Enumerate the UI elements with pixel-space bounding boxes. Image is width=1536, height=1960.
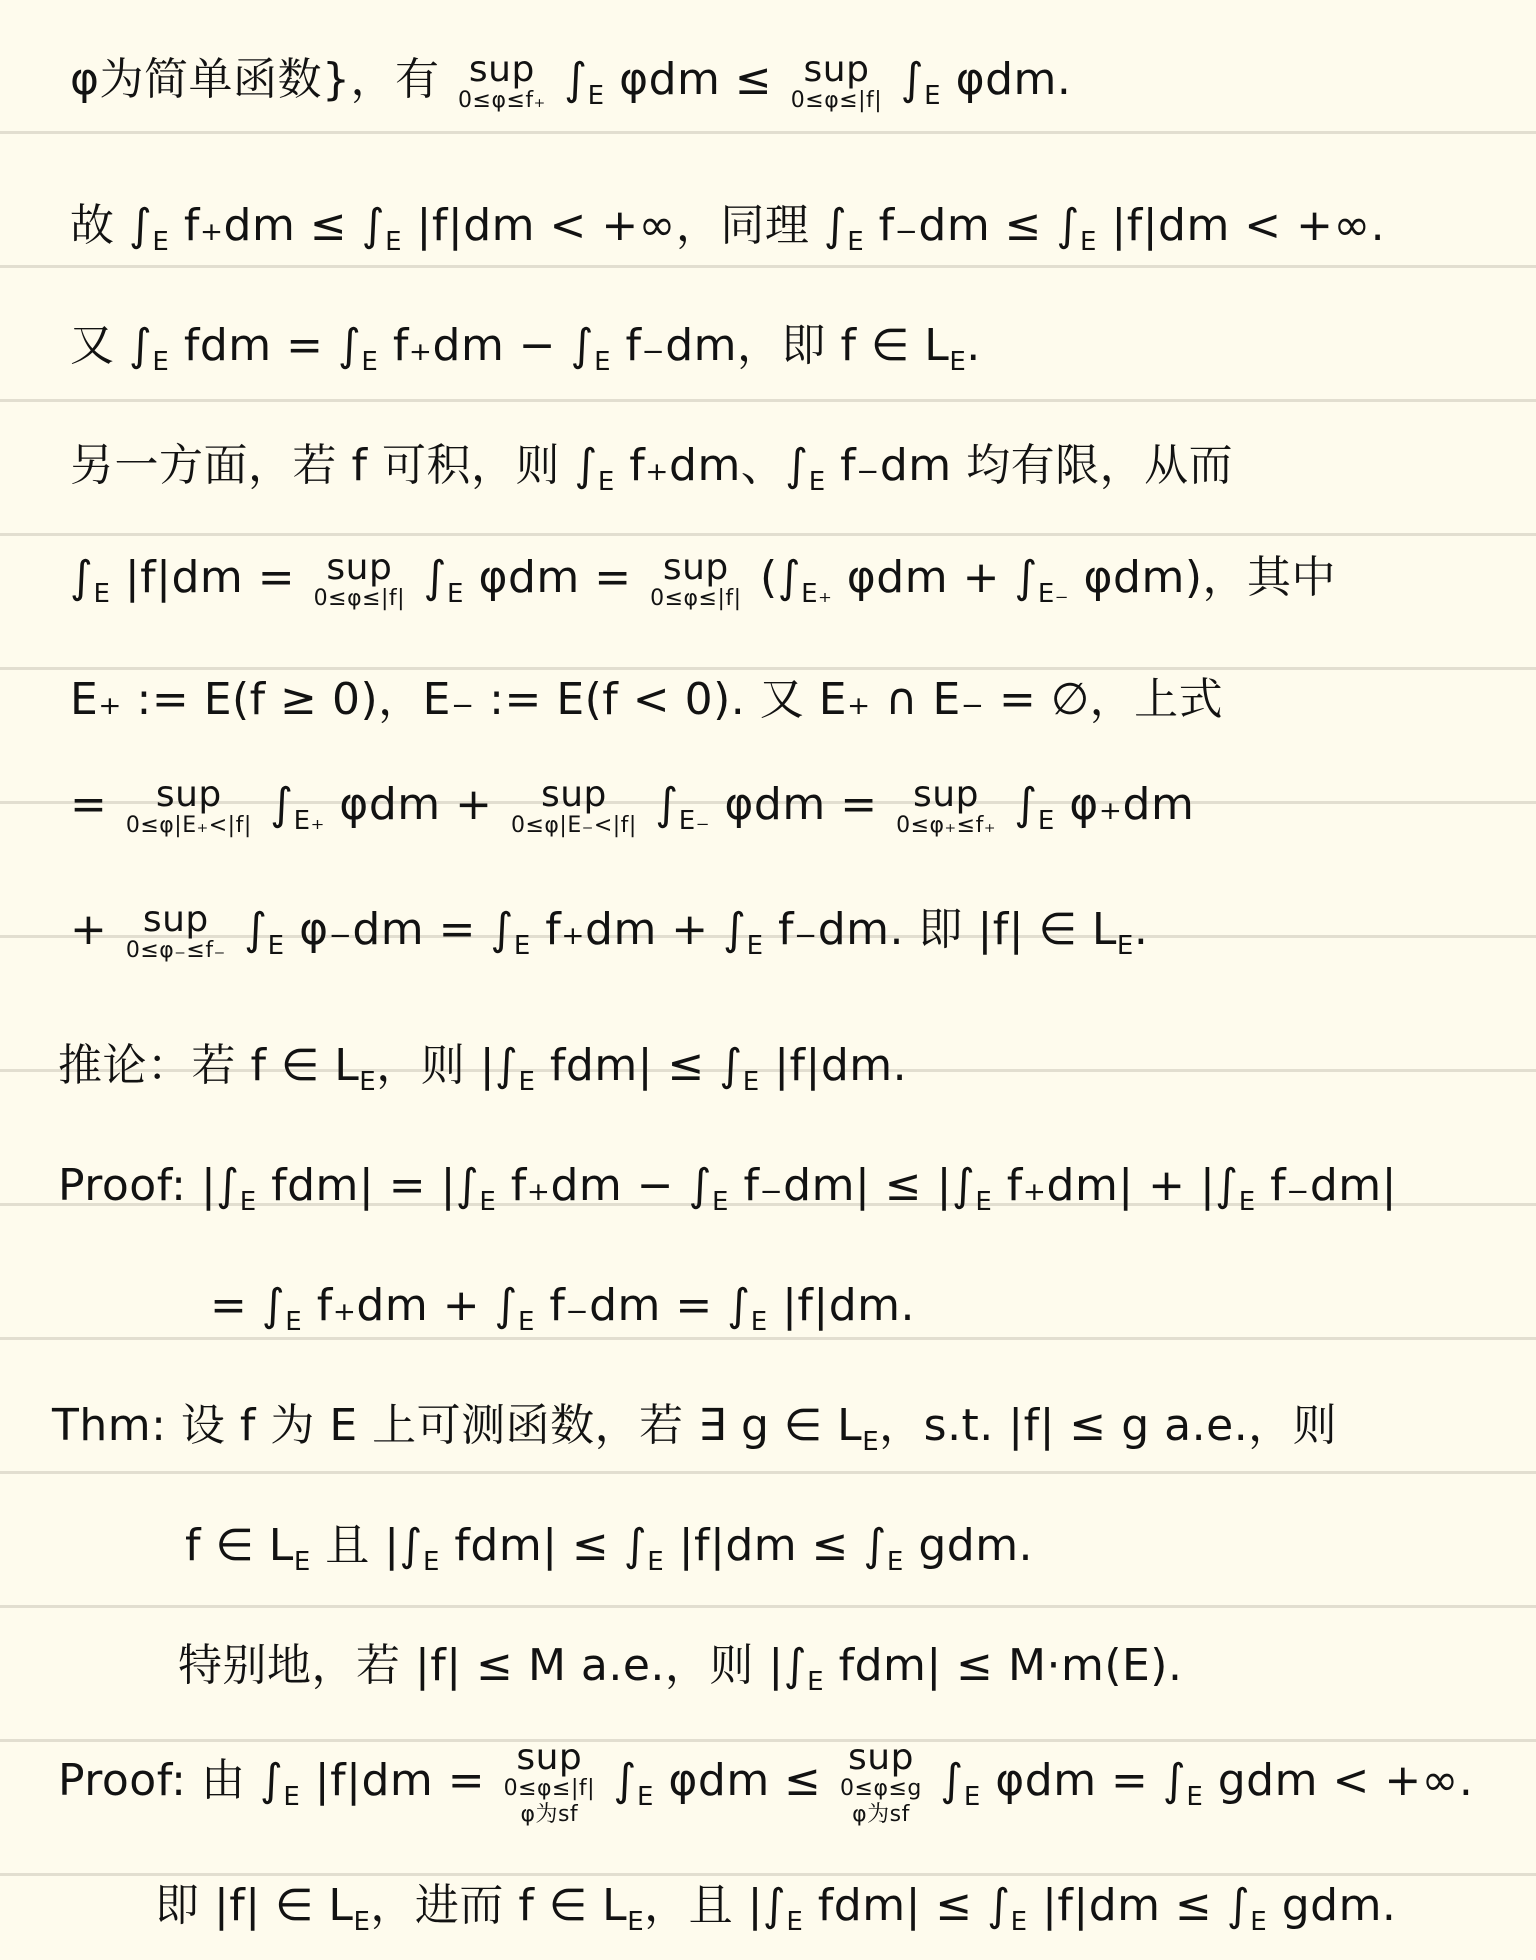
sup-operator: sup0≤φ≤gφ为sf [840, 1740, 922, 1826]
notebook-page: φ为简单函数}，有 sup0≤φ≤f₊ ∫E φdm ≤ sup0≤φ≤|f| … [0, 0, 1536, 1960]
note-line-10-proof: Proof: |∫E fdm| = |∫E f₊dm − ∫E f₋dm| ≤ … [58, 1156, 1397, 1232]
sup-operator: sup0≤φ≤|f|φ为sf [504, 1740, 595, 1826]
note-line-4: 另一方面，若 f 可积，则 ∫E f₊dm、∫E f₋dm 均有限，从而 [70, 436, 1233, 512]
note-line-13: f ∈ LE 且 |∫E fdm| ≤ ∫E |f|dm ≤ ∫E gdm. [185, 1516, 1033, 1592]
note-line-14: 特别地，若 |f| ≤ M a.e.，则 |∫E fdm| ≤ M·m(E). [178, 1636, 1182, 1712]
note-line-8: + sup0≤φ₋≤f₋ ∫E φ₋dm = ∫E f₊dm + ∫E f₋dm… [70, 900, 1148, 976]
sup-operator: sup0≤φ₋≤f₋ [126, 902, 226, 962]
integral-sign: ∫ [886, 54, 924, 105]
subscript: E [588, 81, 605, 111]
sup-operator: sup0≤φ₊≤f₊ [896, 777, 996, 837]
note-line-16: 即 |f| ∈ LE，进而 f ∈ LE，且 |∫E fdm| ≤ ∫E |f|… [155, 1876, 1396, 1952]
sup-operator: sup0≤φ≤|f| [791, 52, 882, 112]
note-line-12-theorem: Thm: 设 f 为 E 上可测函数，若 ∃ g ∈ LE，s.t. |f| ≤… [52, 1396, 1337, 1472]
note-line-3: 又 ∫E fdm = ∫E f₊dm − ∫E f₋dm，即 f ∈ LE. [70, 316, 981, 392]
note-line-7: = sup0≤φ|E₊<|f| ∫E₊ φdm + sup0≤φ|E₋<|f| … [70, 775, 1194, 851]
sup-operator: sup0≤φ≤f₊ [458, 52, 546, 112]
sup-operator: sup0≤φ|E₋<|f| [511, 777, 637, 837]
note-line-15-proof: Proof: 由 ∫E |f|dm = sup0≤φ≤|f|φ为sf ∫E φd… [58, 1740, 1473, 1827]
sup-operator: sup0≤φ|E₊<|f| [126, 777, 252, 837]
integral-sign: ∫ [550, 54, 588, 105]
note-line-9-corollary: 推论：若 f ∈ LE，则 |∫E fdm| ≤ ∫E |f|dm. [58, 1036, 907, 1112]
note-line-1: φ为简单函数}，有 sup0≤φ≤f₊ ∫E φdm ≤ sup0≤φ≤|f| … [70, 50, 1071, 126]
note-line-2: 故 ∫E f₊dm ≤ ∫E |f|dm < +∞，同理 ∫E f₋dm ≤ ∫… [70, 196, 1385, 272]
note-line-11: = ∫E f₊dm + ∫E f₋dm = ∫E |f|dm. [210, 1276, 915, 1352]
sup-operator: sup0≤φ≤|f| [314, 550, 405, 610]
text: φ为简单函数}，有 [70, 54, 454, 105]
note-line-6: E₊ := E(f ≥ 0)，E₋ := E(f < 0). 又 E₊ ∩ E₋… [70, 670, 1223, 730]
sup-operator: sup0≤φ≤|f| [650, 550, 741, 610]
note-line-5: ∫E |f|dm = sup0≤φ≤|f| ∫E φdm = sup0≤φ≤|f… [70, 548, 1336, 624]
